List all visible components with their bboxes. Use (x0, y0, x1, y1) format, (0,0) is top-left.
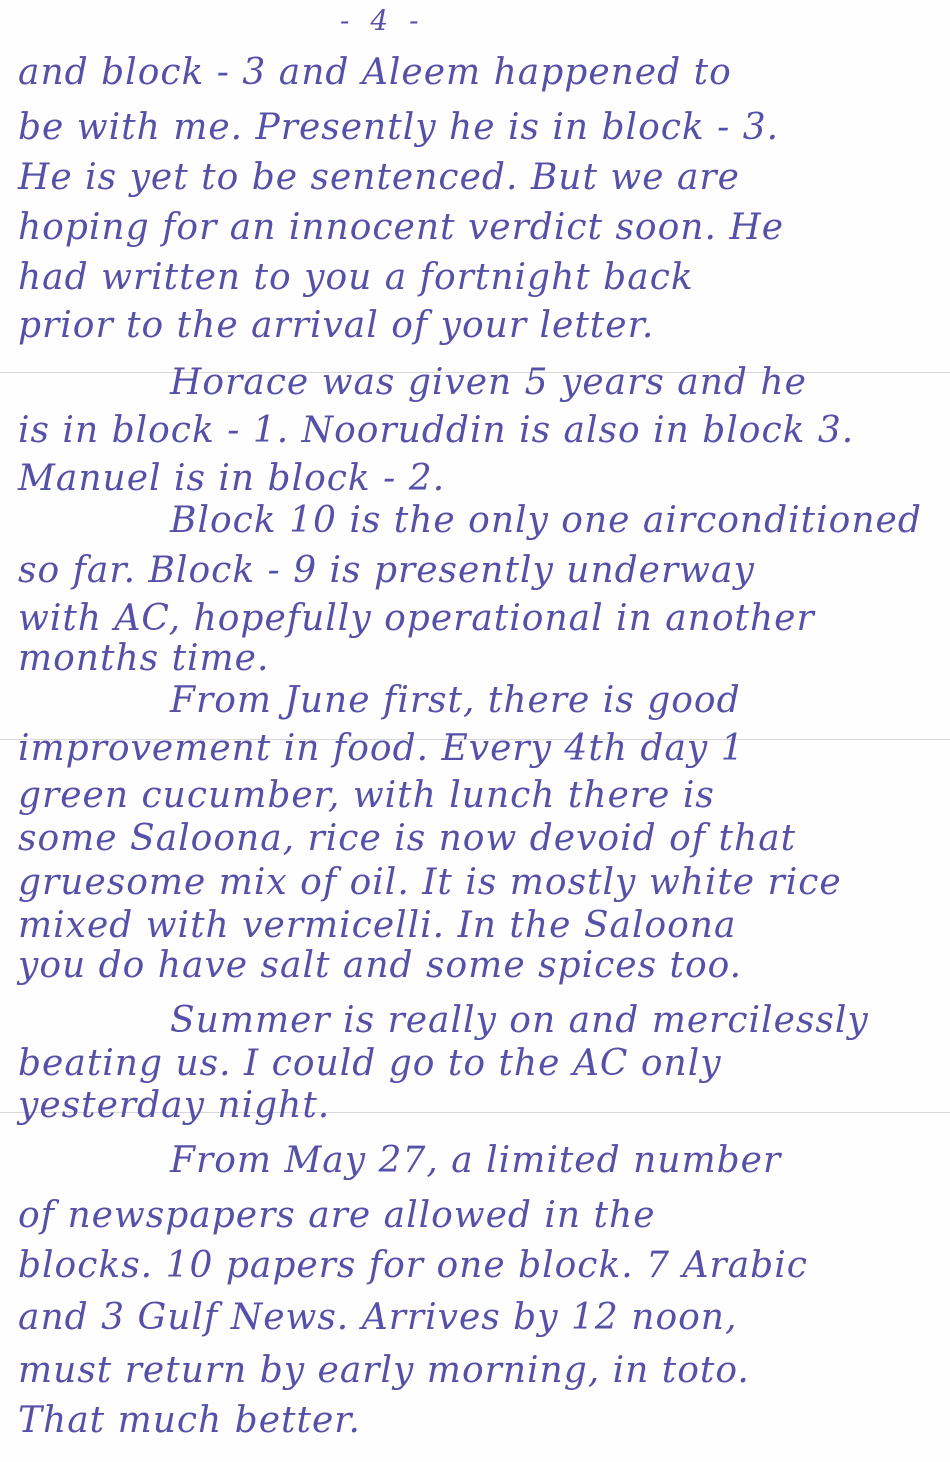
letter-line: must return by early morning, in toto. (18, 1350, 750, 1391)
letter-line: green cucumber, with lunch there is (18, 775, 715, 816)
letter-line: so far. Block - 9 is presently underway (18, 550, 755, 591)
letter-line: blocks. 10 papers for one block. 7 Arabi… (18, 1245, 808, 1286)
letter-line: gruesome mix of oil. It is mostly white … (18, 862, 842, 903)
letter-line: and block - 3 and Aleem happened to (18, 52, 732, 93)
letter-line: is in block - 1. Nooruddin is also in bl… (18, 410, 854, 451)
letter-line: He is yet to be sentenced. But we are (18, 157, 740, 198)
letter-page: - 4 - and block - 3 and Aleem happened t… (0, 0, 950, 1462)
letter-line: be with me. Presently he is in block - 3… (18, 107, 779, 148)
letter-line: Horace was given 5 years and he (170, 362, 807, 403)
letter-line: hoping for an innocent verdict soon. He (18, 207, 784, 248)
letter-line: Summer is really on and mercilessly (170, 1000, 869, 1041)
letter-line: yesterday night. (18, 1085, 330, 1126)
letter-line: Block 10 is the only one airconditioned (170, 500, 922, 541)
letter-line: beating us. I could go to the AC only (18, 1043, 722, 1084)
letter-line: of newspapers are allowed in the (18, 1195, 656, 1236)
letter-line: From June first, there is good (170, 680, 741, 721)
letter-line: with AC, hopefully operational in anothe… (18, 598, 815, 639)
page-number: - 4 - (340, 4, 425, 37)
letter-line: Manuel is in block - 2. (18, 458, 445, 499)
letter-line: you do have salt and some spices too. (18, 945, 742, 986)
letter-line: some Saloona, rice is now devoid of that (18, 818, 796, 859)
letter-line: mixed with vermicelli. In the Saloona (18, 905, 736, 946)
letter-line: had written to you a fortnight back (18, 257, 694, 298)
letter-line: From May 27, a limited number (170, 1140, 781, 1181)
letter-line: That much better. (18, 1400, 361, 1441)
letter-line: prior to the arrival of your letter. (18, 305, 654, 346)
letter-line: improvement in food. Every 4th day 1 (18, 728, 745, 769)
letter-line: months time. (18, 638, 269, 679)
letter-line: and 3 Gulf News. Arrives by 12 noon, (18, 1297, 737, 1338)
